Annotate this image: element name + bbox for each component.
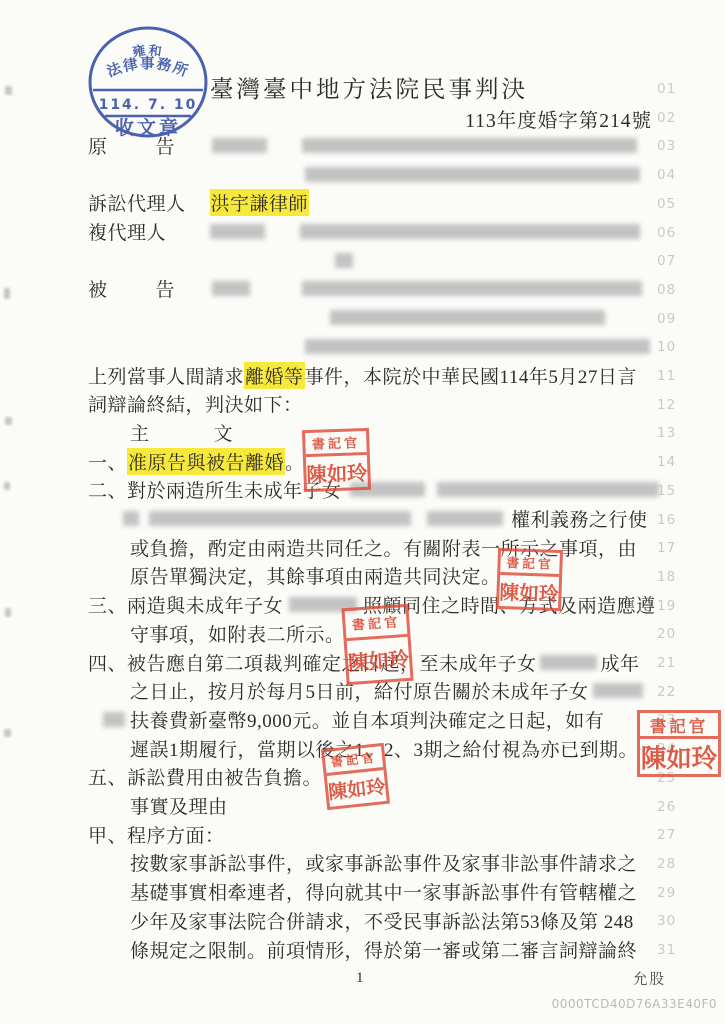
law-firm-receipt-stamp: 雍和 法律事務所 114. 7. 10 收文章 xyxy=(84,24,212,142)
spacer xyxy=(108,288,156,289)
redacted-text xyxy=(593,683,643,698)
facts-heading: 事實及理由 xyxy=(130,794,228,818)
holding-2-line-1: 二、對於兩造所生未成年子女 xyxy=(88,478,659,502)
line-number: 14 xyxy=(657,454,691,474)
clerk-stamp-title: 書記官 xyxy=(500,551,560,577)
line-number: 11 xyxy=(657,368,691,388)
line-number: 04 xyxy=(657,167,691,187)
clerk-stamp: 書記官陳如玲 xyxy=(302,428,371,492)
redacted-text xyxy=(335,253,353,268)
text-segment: 甲、程序方面： xyxy=(88,821,225,848)
text-segment: 訴訟代理人 xyxy=(88,189,186,216)
clerk-stamp: 書記官陳如玲 xyxy=(496,548,563,611)
line-number: 12 xyxy=(657,397,691,417)
text-segment: 原 xyxy=(88,132,108,159)
spacer xyxy=(425,489,437,490)
spacer xyxy=(589,690,593,691)
text-segment: 文 xyxy=(214,419,234,446)
section-a-line-1: 按數家事訴訟事件，或家事訴訟事件及家事非訟事件請求之 xyxy=(130,851,637,875)
redacted-text xyxy=(427,511,503,526)
line-number: 30 xyxy=(657,913,691,933)
spacer xyxy=(108,145,156,146)
line-number: 06 xyxy=(657,225,691,245)
holding-3-line-2: 守事項，如附表二所示。 xyxy=(130,621,345,645)
line-number: 27 xyxy=(657,827,691,847)
scan-artifact xyxy=(5,86,12,95)
line-number: 17 xyxy=(657,540,691,560)
line-number: 28 xyxy=(657,856,691,876)
line-number: 08 xyxy=(657,282,691,302)
clerk-stamp-title: 書記官 xyxy=(305,431,367,457)
redacted-text xyxy=(149,511,411,526)
section-a-line-2: 基礎事實相牽連者，得向就其中一家事訴訟事件有管轄權之 xyxy=(130,880,637,904)
litigation-agent-row: 訴訟代理人洪宇謙律師 xyxy=(88,191,309,215)
clerk-stamp-title: 書記官 xyxy=(640,713,718,739)
spacer xyxy=(175,288,212,289)
text-segment: 基礎事實相牽連者，得向就其中一家事訴訟事件有管轄權之 xyxy=(130,878,637,905)
section-a-line-4: 條規定之限制。前項情形，得於第一審或第二審言詞辯論終 xyxy=(130,937,637,961)
text-segment: 三、兩造與未成年子女 xyxy=(88,591,283,618)
court-division: 允股 xyxy=(633,968,666,989)
spacer xyxy=(150,432,214,433)
clerk-stamp: 書記官陳如玲 xyxy=(637,710,721,777)
line-number: 18 xyxy=(657,569,691,589)
plaintiff-address-2 xyxy=(305,162,640,186)
main-text-heading: 主文 xyxy=(130,420,233,444)
holding-1: 一、准原告與被告離婚。 xyxy=(88,449,305,473)
redacted-text xyxy=(103,712,125,727)
clerk-stamp-title: 書記官 xyxy=(345,607,408,641)
text-segment: 。 xyxy=(285,448,305,475)
text-segment: 事實及理由 xyxy=(130,792,228,819)
page-number: 1 xyxy=(356,970,364,987)
scan-artifact xyxy=(4,729,11,737)
text-segment: 被 xyxy=(88,275,108,302)
scan-artifact xyxy=(4,288,10,299)
defendant-address-3 xyxy=(305,334,650,358)
line-number: 31 xyxy=(657,942,691,962)
sub-agent-address-2 xyxy=(335,248,353,272)
line-number: 01 xyxy=(657,81,691,101)
redacted-text xyxy=(123,511,139,526)
line-number: 07 xyxy=(657,253,691,273)
spacer xyxy=(139,518,149,519)
highlighted-text: 離婚等 xyxy=(244,362,305,389)
holding-2-line-4: 原告單獨決定，其餘事項由兩造共同決定。 xyxy=(130,564,501,588)
redacted-text xyxy=(540,655,597,670)
redacted-text xyxy=(210,224,265,239)
document-id: 0000TCD40D76A33E40F0 xyxy=(552,997,717,1011)
spacer xyxy=(250,288,302,289)
sub-agent-row: 複代理人 xyxy=(88,220,640,244)
spacer xyxy=(411,518,427,519)
line-number: 19 xyxy=(657,598,691,618)
redacted-text xyxy=(437,482,659,497)
text-segment: 四、被告應自第二項裁判確定之日起，至未成年子女 xyxy=(88,649,537,676)
scan-artifact xyxy=(4,482,10,490)
clerk-stamp-name: 陳如玲 xyxy=(499,575,559,608)
redacted-text xyxy=(212,138,267,153)
scan-artifact xyxy=(5,608,11,617)
line-number: 13 xyxy=(657,425,691,445)
text-segment: 複代理人 xyxy=(88,218,166,245)
text-segment: 權利義務之行使 xyxy=(511,505,648,532)
holding-4-line-3: 扶養費新臺幣9,000元。並自本項判決確定之日起，如有 xyxy=(103,707,604,731)
clerk-stamp-name: 陳如玲 xyxy=(327,770,387,807)
text-segment: 按數家事訴訟事件，或家事訴訟事件及家事非訟事件請求之 xyxy=(130,849,637,876)
text-segment: 一、 xyxy=(88,448,127,475)
defendant-row: 被告 xyxy=(88,277,642,301)
text-segment: 詞辯論終結，判決如下： xyxy=(88,390,303,417)
clerk-stamp-name: 陳如玲 xyxy=(347,637,411,682)
preamble-line-1: 上列當事人間請求離婚等事件，本院於中華民國114年5月27日言 xyxy=(88,363,637,387)
defendant-address-2 xyxy=(330,306,605,330)
spacer xyxy=(267,145,302,146)
line-number: 03 xyxy=(657,138,691,158)
spacer xyxy=(265,231,300,232)
court-judgment-page: 雍和 法律事務所 114. 7. 10 收文章 臺灣臺中地方法院民事判決 113… xyxy=(0,0,725,1024)
text-segment: 條規定之限制。前項情形，得於第一審或第二審言詞辯論終 xyxy=(130,936,637,963)
line-number: 02 xyxy=(657,110,691,130)
text-segment: 五、訴訟費用由被告負擔。 xyxy=(88,763,322,790)
text-segment: 守事項，如附表二所示。 xyxy=(130,620,345,647)
holding-2-line-2: 權利義務之行使 xyxy=(123,507,648,531)
scan-artifact xyxy=(5,417,12,425)
section-a-line-3: 少年及家事法院合併請求，不受民事訴訟法第53條及第 248 xyxy=(130,908,634,932)
text-segment: 告 xyxy=(156,132,176,159)
clerk-stamp-name: 陳如玲 xyxy=(640,739,718,774)
line-number: 29 xyxy=(657,885,691,905)
plaintiff-row: 原告 xyxy=(88,133,637,157)
line-number: 20 xyxy=(657,626,691,646)
redacted-text xyxy=(212,281,250,296)
case-number: 113年度婚字第214號 xyxy=(465,105,652,133)
line-number: 05 xyxy=(657,196,691,216)
redacted-text xyxy=(302,281,642,296)
highlighted-text: 洪宇謙律師 xyxy=(210,189,310,216)
clerk-stamp: 書記官陳如玲 xyxy=(321,743,390,810)
line-number: 26 xyxy=(657,799,691,819)
highlighted-text: 准原告與被告離婚 xyxy=(127,448,285,475)
text-segment: 成年 xyxy=(601,649,640,676)
holding-5: 五、訴訟費用由被告負擔。 xyxy=(88,765,322,789)
document-title: 臺灣臺中地方法院民事判決 xyxy=(210,70,528,104)
text-segment: 告 xyxy=(156,275,176,302)
redacted-text xyxy=(302,138,637,153)
text-segment: 扶養費新臺幣9,000元。並自本項判決確定之日起，如有 xyxy=(130,706,604,733)
section-a-heading: 甲、程序方面： xyxy=(88,822,225,846)
clerk-stamp: 書記官陳如玲 xyxy=(341,604,413,685)
redacted-text xyxy=(305,167,640,182)
redacted-text xyxy=(330,310,605,325)
redacted-text xyxy=(300,224,640,239)
text-segment: 上列當事人間請求 xyxy=(88,362,244,389)
receipt-stamp-date: 114. 7. 10 xyxy=(99,97,198,113)
line-number: 09 xyxy=(657,311,691,331)
spacer xyxy=(175,145,212,146)
line-number: 21 xyxy=(657,655,691,675)
receipt-stamp-office-arc: 法律事務所 xyxy=(104,54,191,80)
line-number: 22 xyxy=(657,684,691,704)
preamble-line-2: 詞辯論終結，判決如下： xyxy=(88,392,303,416)
spacer xyxy=(503,518,511,519)
text-segment: 主 xyxy=(130,419,150,446)
text-segment: 事件，本院於中華民國114年5月27日言 xyxy=(305,362,637,389)
line-number: 16 xyxy=(657,512,691,532)
redacted-text xyxy=(305,339,650,354)
clerk-stamp-name: 陳如玲 xyxy=(306,455,368,489)
spacer xyxy=(166,231,210,232)
spacer xyxy=(186,202,210,203)
line-number: 15 xyxy=(657,483,691,503)
line-number: 10 xyxy=(657,339,691,359)
text-segment: 原告單獨決定，其餘事項由兩造共同決定。 xyxy=(130,562,501,589)
text-segment: 少年及家事法院合併請求，不受民事訴訟法第53條及第 248 xyxy=(130,907,634,934)
